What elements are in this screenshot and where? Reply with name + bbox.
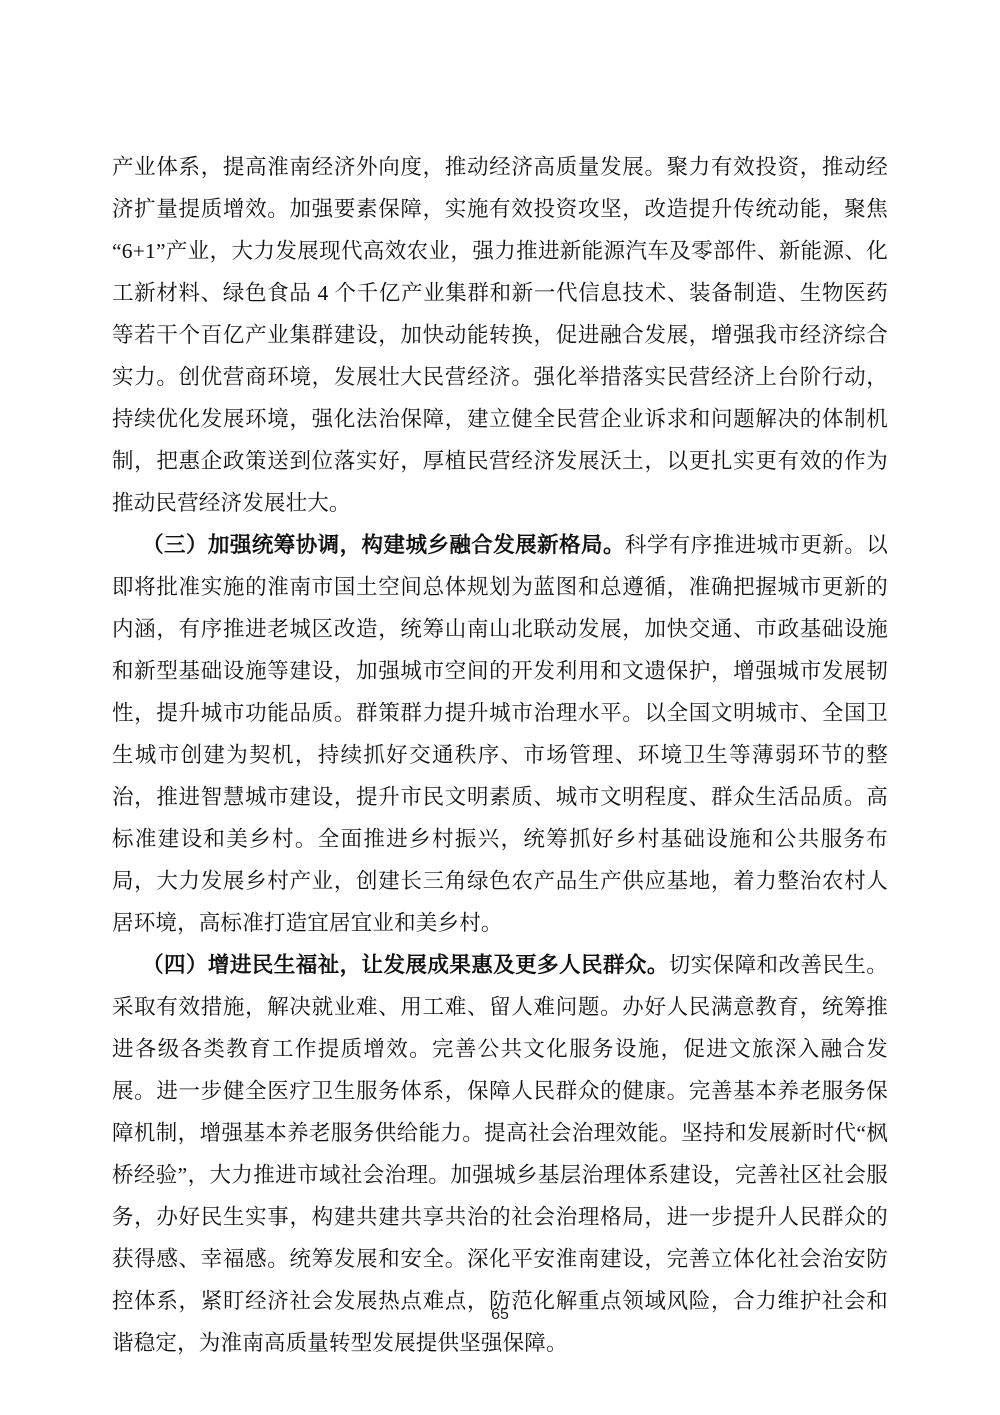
- paragraph-continued: 产业体系，提高淮南经济外向度，推动经济高质量发展。聚力有效投资，推动经济扩量提质…: [112, 146, 888, 524]
- document-body: 产业体系，提高淮南经济外向度，推动经济高质量发展。聚力有效投资，推动经济扩量提质…: [112, 146, 888, 1364]
- paragraph-section-4: （四）增进民生福祉，让发展成果惠及更多人民群众。切实保障和改善民生。采取有效措施…: [112, 944, 888, 1364]
- paragraph-lead: （三）加强统筹协调，构建城乡融合发展新格局。: [142, 533, 625, 557]
- paragraph-lead: （四）增进民生福祉，让发展成果惠及更多人民群众。: [142, 953, 669, 977]
- paragraph-text: 产业体系，提高淮南经济外向度，推动经济高质量发展。聚力有效投资，推动经济扩量提质…: [112, 155, 888, 515]
- page-number: 65: [0, 1306, 1000, 1324]
- paragraph-text: 科学有序推进城市更新。以即将批准实施的淮南市国土空间总体规划为蓝图和总遵循，准确…: [112, 533, 888, 935]
- paragraph-section-3: （三）加强统筹协调，构建城乡融合发展新格局。科学有序推进城市更新。以即将批准实施…: [112, 524, 888, 944]
- document-page: 产业体系，提高淮南经济外向度，推动经济高质量发展。聚力有效投资，推动经济扩量提质…: [0, 0, 1000, 1415]
- paragraph-text: 切实保障和改善民生。采取有效措施，解决就业难、用工难、留人难问题。办好人民满意教…: [112, 953, 888, 1355]
